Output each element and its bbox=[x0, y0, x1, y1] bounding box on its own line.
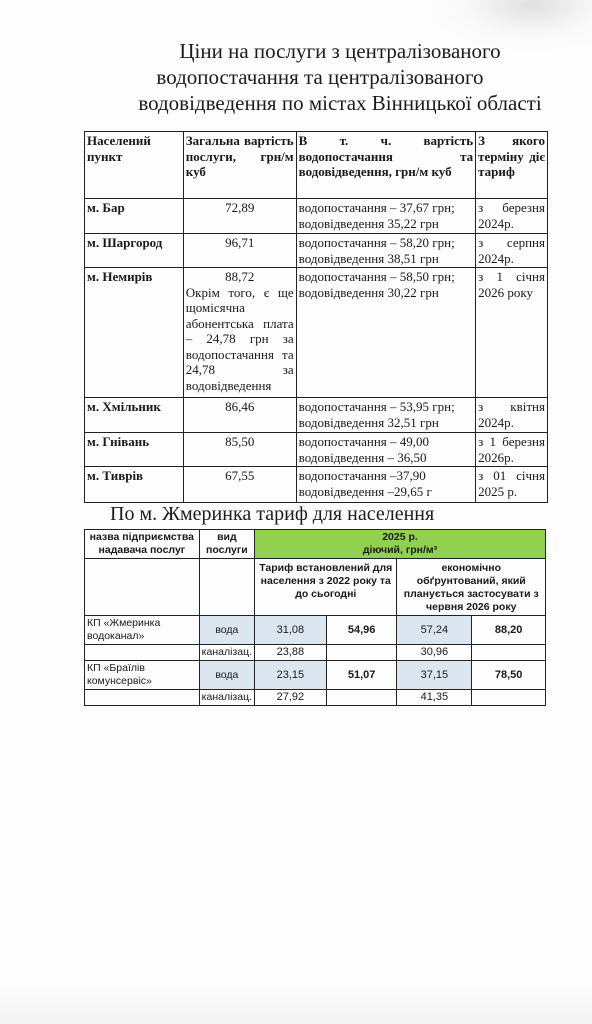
table-row: м. Гнівань 85,50 водопостачання – 49,00в… bbox=[85, 433, 548, 467]
table-header-row: Населений пункт Загальна вартість послуг… bbox=[85, 132, 548, 199]
planned-total bbox=[472, 645, 546, 661]
table-row: каналізац. 23,88 30,96 bbox=[85, 645, 546, 661]
city-name: м. Немирів bbox=[85, 268, 184, 398]
city-name: м. Бар bbox=[85, 199, 184, 234]
header-effective-date: З якого терміну діє тариф bbox=[476, 132, 548, 199]
empty-cell bbox=[85, 559, 200, 616]
header-current-tariff: Тариф встановлений для населення з 2022 … bbox=[255, 559, 397, 616]
current-total bbox=[326, 645, 397, 661]
city-name: м. Шаргород bbox=[85, 234, 184, 268]
header-company: назва підприємства надавача послуг bbox=[85, 530, 200, 559]
water-cost: водопостачання – 37,67 грн; bbox=[299, 200, 473, 216]
title-line-2: водопостачання та централізованого bbox=[60, 64, 580, 90]
title-line-1: Ціни на послуги з централізованого bbox=[60, 38, 580, 64]
page-title: Ціни на послуги з централізованого водоп… bbox=[60, 38, 580, 116]
table-row: м. Шаргород 96,71 водопостачання – 58,20… bbox=[85, 234, 548, 268]
table-row: КП «Браїлів комунсервіс» вода 23,15 51,0… bbox=[85, 661, 546, 690]
effective-date: з 01 січня 2025 р. bbox=[476, 467, 548, 503]
current-rate: 27,92 bbox=[255, 690, 327, 706]
planned-rate: 57,24 bbox=[397, 616, 472, 645]
current-rate: 31,08 bbox=[255, 616, 327, 645]
breakdown: водопостачання – 49,00водовідведення – 3… bbox=[296, 433, 475, 467]
planned-total bbox=[472, 690, 546, 706]
sewer-cost: водовідведення 38,51 грн bbox=[299, 251, 473, 267]
effective-date: з квітня 2024р. bbox=[476, 398, 548, 433]
total-cost: 86,46 bbox=[183, 398, 296, 433]
table-header-row: назва підприємства надавача послуг вид п… bbox=[85, 530, 546, 559]
water-cost: водопостачання – 49,00 bbox=[299, 434, 473, 450]
table-row: м. Бар 72,89 водопостачання – 37,67 грн;… bbox=[85, 199, 548, 234]
zhmerynka-tariff-table: назва підприємства надавача послуг вид п… bbox=[84, 529, 546, 706]
header-period: 2025 р. діючий, грн/м³ bbox=[255, 530, 546, 559]
table-row: КП «Жмеринка водоканал» вода 31,08 54,96… bbox=[85, 616, 546, 645]
total-cost: 67,55 bbox=[183, 467, 296, 503]
current-rate: 23,15 bbox=[255, 661, 327, 690]
total-cost: 88,72 Окрім того, є ще щомісячна абонент… bbox=[183, 268, 296, 398]
planned-rate: 37,15 bbox=[397, 661, 472, 690]
tariffs-by-city-table: Населений пункт Загальна вартість послуг… bbox=[84, 131, 548, 503]
subscription-note: Окрім того, є ще щомісячна абонентська п… bbox=[186, 285, 294, 394]
table-row: м. Немирів 88,72 Окрім того, є ще щоміся… bbox=[85, 268, 548, 398]
table-row: м. Тиврів 67,55 водопостачання –37,90вод… bbox=[85, 467, 548, 503]
total-cost: 72,89 bbox=[183, 199, 296, 234]
water-cost: водопостачання – 53,95 грн; bbox=[299, 399, 473, 415]
service-type: каналізац. bbox=[199, 645, 254, 661]
table-row: каналізац. 27,92 41,35 bbox=[85, 690, 546, 706]
empty-cell bbox=[199, 559, 254, 616]
table-subheader-row: Тариф встановлений для населення з 2022 … bbox=[85, 559, 546, 616]
company-name bbox=[85, 690, 200, 706]
effective-date: з березня 2024р. bbox=[476, 199, 548, 234]
header-breakdown: В т. ч. вартість водопостачання та водов… bbox=[296, 132, 475, 199]
sewer-cost: водовідведення –29,65 г bbox=[299, 484, 473, 500]
water-cost: водопостачання –37,90 bbox=[299, 468, 473, 484]
effective-date: з 1 січня 2026 року bbox=[476, 268, 548, 398]
header-total-cost: Загальна вартість послуги, грн/м куб bbox=[183, 132, 296, 199]
breakdown: водопостачання – 37,67 грн;водовідведенн… bbox=[296, 199, 475, 234]
header-period-year: 2025 р. bbox=[257, 531, 543, 544]
sewer-cost: водовідведення 35,22 грн bbox=[299, 216, 473, 232]
water-cost: водопостачання – 58,20 грн; bbox=[299, 235, 473, 251]
planned-rate: 30,96 bbox=[397, 645, 472, 661]
water-cost: водопостачання – 58,50 грн; bbox=[299, 269, 473, 285]
title-line-3: водовідведення по містах Вінницької обла… bbox=[60, 90, 580, 116]
company-name: КП «Жмеринка водоканал» bbox=[85, 616, 200, 645]
sewer-cost: водовідведення 30,22 грн bbox=[299, 285, 473, 301]
header-service: вид послуги bbox=[199, 530, 254, 559]
sewer-cost: водовідведення 32,51 грн bbox=[299, 415, 473, 431]
company-name: КП «Браїлів комунсервіс» bbox=[85, 661, 200, 690]
sewer-cost: водовідведення – 36,50 bbox=[299, 450, 473, 466]
breakdown: водопостачання – 58,20 грн;водовідведенн… bbox=[296, 234, 475, 268]
breakdown: водопостачання –37,90водовідведення –29,… bbox=[296, 467, 475, 503]
table-row: м. Хмільник 86,46 водопостачання – 53,95… bbox=[85, 398, 548, 433]
current-total: 54,96 bbox=[326, 616, 397, 645]
service-type: каналізац. bbox=[199, 690, 254, 706]
city-name: м. Хмільник bbox=[85, 398, 184, 433]
total-cost: 96,71 bbox=[183, 234, 296, 268]
header-settlement: Населений пункт bbox=[85, 132, 184, 199]
header-period-unit: діючий, грн/м³ bbox=[257, 544, 543, 557]
current-rate: 23,88 bbox=[255, 645, 327, 661]
total-cost-value: 88,72 bbox=[186, 269, 294, 285]
city-name: м. Тиврів bbox=[85, 467, 184, 503]
current-total bbox=[326, 690, 397, 706]
total-cost: 85,50 bbox=[183, 433, 296, 467]
breakdown: водопостачання – 53,95 грн;водовідведенн… bbox=[296, 398, 475, 433]
current-total: 51,07 bbox=[326, 661, 397, 690]
company-name bbox=[85, 645, 200, 661]
header-planned-tariff: економічно обґрунтований, який плануєтьс… bbox=[397, 559, 546, 616]
effective-date: з серпня 2024р. bbox=[476, 234, 548, 268]
breakdown: водопостачання – 58,50 грн;водовідведенн… bbox=[296, 268, 475, 398]
service-type: вода bbox=[199, 616, 254, 645]
photo-bottom-shadow bbox=[0, 984, 592, 1024]
effective-date: з 1 березня 2026р. bbox=[476, 433, 548, 467]
planned-total: 88,20 bbox=[472, 616, 546, 645]
section-subtitle: По м. Жмеринка тариф для населення bbox=[110, 503, 434, 526]
city-name: м. Гнівань bbox=[85, 433, 184, 467]
planned-rate: 41,35 bbox=[397, 690, 472, 706]
service-type: вода bbox=[199, 661, 254, 690]
planned-total: 78,50 bbox=[472, 661, 546, 690]
